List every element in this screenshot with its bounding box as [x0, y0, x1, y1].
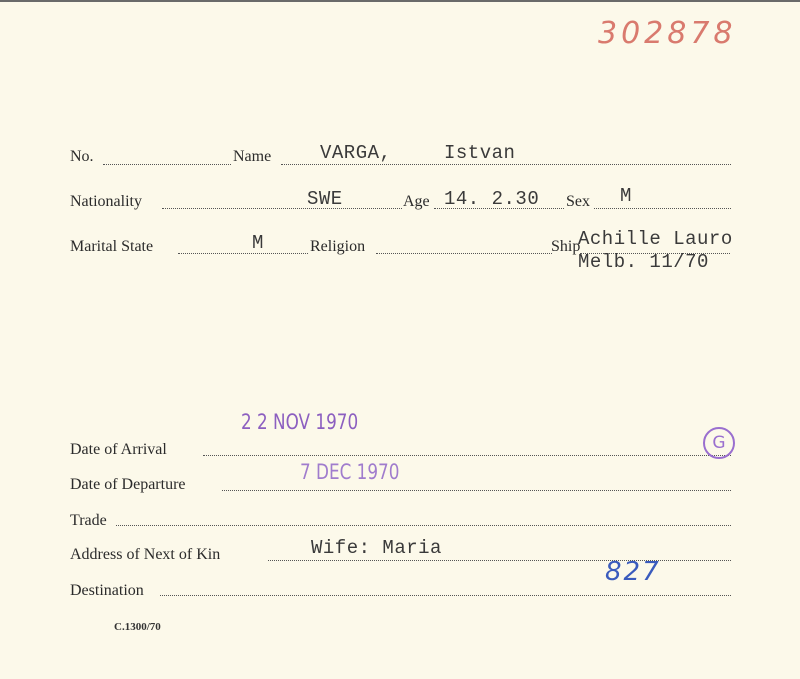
ship-port-value: Melb. 11/70 [578, 251, 709, 273]
name-surname-value: VARGA, [320, 142, 391, 164]
date-of-arrival-field-line [203, 455, 731, 456]
destination-value: 827 [605, 557, 661, 587]
name-label: Name [233, 148, 271, 166]
serial-number: 302878 [598, 16, 737, 51]
next-of-kin-value: Wife: Maria [311, 537, 442, 559]
ship-name-value: Achille Lauro [578, 228, 733, 250]
no-field-line [103, 164, 231, 165]
ship-label: Ship [551, 238, 580, 256]
next-of-kin-field-line [268, 560, 731, 561]
age-value: 14. 2.30 [444, 188, 539, 210]
religion-field-line [376, 253, 552, 254]
age-label: Age [403, 193, 430, 211]
trade-label: Trade [70, 512, 107, 530]
name-field-line [281, 164, 731, 165]
destination-field-line [160, 595, 731, 596]
name-given-value: Istvan [444, 142, 515, 164]
marital-state-field-line [178, 253, 308, 254]
marital-state-label: Marital State [70, 238, 153, 256]
arrival-date-stamp: 2 2 NOV 1970 [241, 410, 358, 434]
sex-field-line [594, 208, 731, 209]
date-of-arrival-label: Date of Arrival [70, 441, 167, 459]
sex-label: Sex [566, 193, 590, 211]
departure-date-stamp: 7 DEC 1970 [300, 460, 399, 484]
date-of-departure-field-line [222, 490, 731, 491]
marital-state-value: M [252, 232, 264, 254]
sex-value: M [620, 185, 632, 207]
no-label: No. [70, 148, 94, 166]
date-of-departure-label: Date of Departure [70, 476, 186, 494]
nationality-value: SWE [307, 188, 343, 210]
next-of-kin-label: Address of Next of Kin [70, 546, 220, 564]
form-code: C.1300/70 [114, 621, 161, 633]
nationality-field-line [162, 208, 402, 209]
religion-label: Religion [310, 238, 365, 256]
registration-card: 302878 No. Name VARGA, Istvan Nationalit… [0, 0, 800, 679]
trade-field-line [116, 525, 731, 526]
g-circle-stamp: G [703, 427, 735, 459]
destination-label: Destination [70, 582, 144, 600]
nationality-label: Nationality [70, 193, 142, 211]
